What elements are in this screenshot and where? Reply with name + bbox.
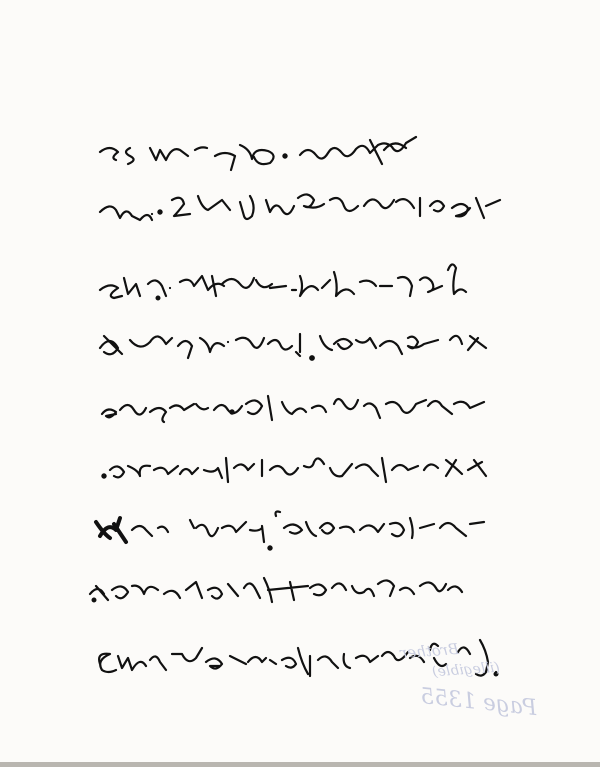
handwriting-line-2 [100,194,500,220]
handwriting-line-3 [100,264,466,299]
handwriting-line-1 [100,137,416,170]
handwriting-ink [0,0,600,767]
handwriting-line-7 [96,512,484,550]
scan-bottom-edge [0,762,600,767]
manuscript-page: Brother (illegible) Page 1355 [0,0,600,762]
handwriting-line-4 [100,334,486,360]
handwriting-line-6 [102,458,486,482]
handwriting-line-5 [102,396,484,422]
handwriting-line-8 [90,578,462,602]
